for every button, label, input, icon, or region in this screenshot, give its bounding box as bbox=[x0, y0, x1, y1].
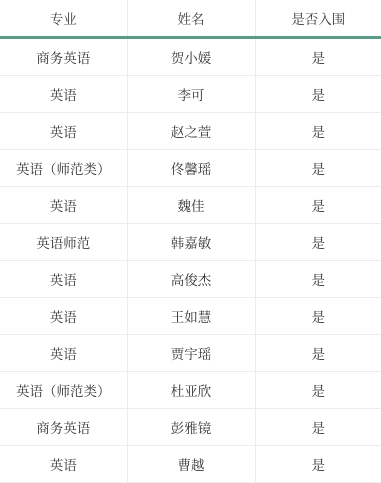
cell-shortlisted: 是 bbox=[255, 38, 381, 76]
cell-shortlisted: 是 bbox=[255, 409, 381, 446]
table-row: 英语李可是 bbox=[0, 76, 381, 113]
cell-shortlisted: 是 bbox=[255, 150, 381, 187]
cell-major: 商务英语 bbox=[0, 409, 127, 446]
table-row: 英语（师范类）佟馨瑶是 bbox=[0, 150, 381, 187]
table-row: 英语魏佳是 bbox=[0, 187, 381, 224]
cell-name: 曹越 bbox=[127, 446, 255, 483]
cell-name: 韩嘉敏 bbox=[127, 224, 255, 261]
header-major: 专业 bbox=[0, 0, 127, 38]
table-row: 英语（师范类）杜亚欣是 bbox=[0, 372, 381, 409]
cell-major: 英语（师范类） bbox=[0, 150, 127, 187]
cell-name: 贺小媛 bbox=[127, 38, 255, 76]
cell-shortlisted: 是 bbox=[255, 446, 381, 483]
cell-name: 杜亚欣 bbox=[127, 372, 255, 409]
table-row: 商务英语贺小媛是 bbox=[0, 38, 381, 76]
cell-major: 英语 bbox=[0, 298, 127, 335]
cell-name: 魏佳 bbox=[127, 187, 255, 224]
cell-shortlisted: 是 bbox=[255, 372, 381, 409]
cell-shortlisted: 是 bbox=[255, 224, 381, 261]
cell-name: 王如慧 bbox=[127, 298, 255, 335]
cell-major: 英语 bbox=[0, 76, 127, 113]
table-row: 英语赵之萱是 bbox=[0, 113, 381, 150]
cell-name: 高俊杰 bbox=[127, 261, 255, 298]
cell-name: 彭雅镜 bbox=[127, 409, 255, 446]
cell-major: 英语 bbox=[0, 335, 127, 372]
cell-name: 贾宇瑶 bbox=[127, 335, 255, 372]
cell-major: 商务英语 bbox=[0, 38, 127, 76]
cell-major: 英语 bbox=[0, 446, 127, 483]
cell-name: 佟馨瑶 bbox=[127, 150, 255, 187]
cell-name: 李可 bbox=[127, 76, 255, 113]
results-table: 专业 姓名 是否入围 商务英语贺小媛是 英语李可是 英语赵之萱是 英语（师范类）… bbox=[0, 0, 381, 483]
header-row: 专业 姓名 是否入围 bbox=[0, 0, 381, 38]
table-row: 英语师范韩嘉敏是 bbox=[0, 224, 381, 261]
table-row: 英语曹越是 bbox=[0, 446, 381, 483]
cell-major: 英语 bbox=[0, 261, 127, 298]
cell-shortlisted: 是 bbox=[255, 298, 381, 335]
cell-shortlisted: 是 bbox=[255, 113, 381, 150]
cell-shortlisted: 是 bbox=[255, 187, 381, 224]
cell-major: 英语 bbox=[0, 187, 127, 224]
cell-major: 英语师范 bbox=[0, 224, 127, 261]
table-row: 英语王如慧是 bbox=[0, 298, 381, 335]
table-row: 商务英语彭雅镜是 bbox=[0, 409, 381, 446]
header-shortlisted: 是否入围 bbox=[255, 0, 381, 38]
cell-shortlisted: 是 bbox=[255, 261, 381, 298]
cell-major: 英语 bbox=[0, 113, 127, 150]
cell-shortlisted: 是 bbox=[255, 335, 381, 372]
table-row: 英语贾宇瑶是 bbox=[0, 335, 381, 372]
cell-shortlisted: 是 bbox=[255, 76, 381, 113]
cell-major: 英语（师范类） bbox=[0, 372, 127, 409]
table-row: 英语高俊杰是 bbox=[0, 261, 381, 298]
header-name: 姓名 bbox=[127, 0, 255, 38]
cell-name: 赵之萱 bbox=[127, 113, 255, 150]
